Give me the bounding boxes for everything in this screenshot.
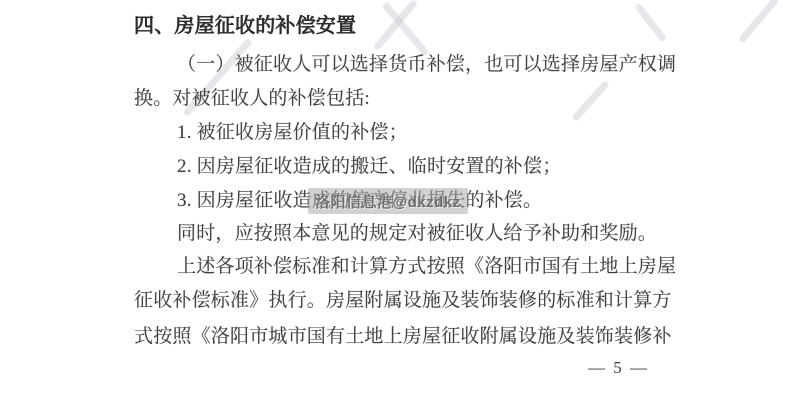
paragraph-line: （一）被征收人可以选择货币补偿，也可以选择房屋产权调 (134, 54, 737, 75)
list-item-1: 1. 被征收房屋价值的补偿； (134, 122, 737, 143)
list-item-2: 2. 因房屋征收造成的搬迁、临时安置的补偿； (134, 156, 737, 177)
paragraph-line: 换。对被征收人的补偿包括: (134, 88, 694, 109)
paragraph-line: 同时，应按照本意见的规定对被征收人给予补助和奖励。 (134, 223, 737, 244)
section-heading: 四、房屋征收的补偿安置 (134, 16, 694, 37)
paragraph-line: 式按照《洛阳市城市国有土地上房屋征收附属设施及装饰装修补 (134, 326, 694, 347)
document-page: 四、房屋征收的补偿安置 （一）被征收人可以选择货币补偿，也可以选择房屋产权调 换… (0, 0, 799, 402)
watermark-text: 洛阳信息港@dkzdkz (315, 191, 461, 212)
page-number: — 5 — (588, 358, 649, 378)
paragraph-line: 上述各项补偿标准和计算方式按照《洛阳市国有土地上房屋 (134, 256, 737, 277)
paragraph-line: 征收补偿标准》执行。房屋附属设施及装饰装修的标准和计算方 (134, 290, 694, 311)
scan-artifact-stroke (738, 0, 779, 44)
watermark-badge: 洛阳信息港@dkzdkz (308, 188, 468, 214)
